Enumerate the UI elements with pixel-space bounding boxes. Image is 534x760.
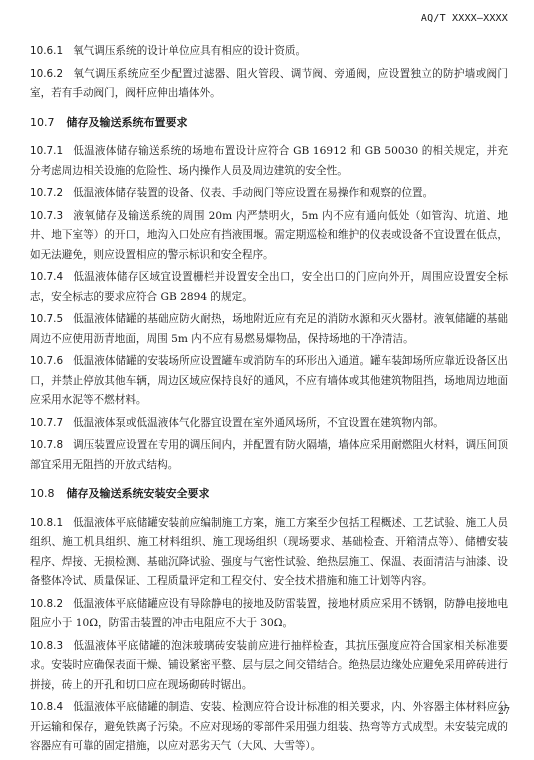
- clause-number: 10.8.2: [30, 598, 63, 610]
- section-number: 10.8: [30, 487, 55, 500]
- clause-10-6-2: 10.6.2氧气调压系统应至少配置过滤器、阻火管段、调节阀、旁通阀，应设置独立的…: [30, 65, 508, 104]
- clause-text: 低温液体储存输送系统的场地布置设计应符合 GB 16912 和 GB 50030…: [30, 145, 508, 177]
- clause-text: 低温液体储存装置的设备、仪表、手动阀门等应设置在易操作和观察的位置。: [73, 187, 433, 199]
- clause-text: 氧气调压系统的设计单位应具有相应的设计资质。: [73, 45, 306, 57]
- clause-10-7-8: 10.7.8调压装置应设置在专用的调压间内，并配置有防火隔墙，墙体应采用耐燃阻火…: [30, 436, 508, 475]
- clause-text: 调压装置应设置在专用的调压间内，并配置有防火隔墙，墙体应采用耐燃阻火材料，调压间…: [30, 439, 508, 471]
- clause-text: 液氧储存及输送系统的周围 20m 内严禁明火，5m 内不应有通向低处（如管沟、坑…: [30, 210, 508, 261]
- document-body: 10.6.1氧气调压系统的设计单位应具有相应的设计资质。 10.6.2氧气调压系…: [30, 42, 508, 760]
- section-heading-10-8: 10.8储存及输送系统安装安全要求: [30, 484, 508, 504]
- clause-number: 10.7.3: [30, 210, 63, 222]
- clause-number: 10.7.1: [30, 145, 63, 157]
- clause-number: 10.7.6: [30, 355, 63, 367]
- clause-text: 低温液体平底储罐应设有导除静电的接地及防雷装置，接地材质应采用不锈钢，防静电接地…: [30, 598, 508, 630]
- clause-10-8-3: 10.8.3低温液体平底储罐的泡沫玻璃砖安装前应进行抽样检查，其抗压强度应符合国…: [30, 637, 508, 696]
- clause-10-8-2: 10.8.2低温液体平底储罐应设有导除静电的接地及防雷装置，接地材质应采用不锈钢…: [30, 595, 508, 634]
- clause-text: 低温液体储罐的基础应防火耐热，场地附近应有充足的消防水源和灭火器材。液氧储罐的基…: [30, 313, 508, 345]
- clause-text: 低温液体平底储罐的制造、安装、检测应符合设计标准的相关要求，内、外容器主体材料应…: [30, 701, 508, 752]
- clause-10-7-2: 10.7.2低温液体储存装置的设备、仪表、手动阀门等应设置在易操作和观察的位置。: [30, 184, 508, 204]
- clause-10-7-7: 10.7.7低温液体泵或低温液体气化器宜设置在室外通风场所，不宜设置在建筑物内部…: [30, 414, 508, 434]
- clause-number: 10.7.5: [30, 313, 63, 325]
- clause-text: 低温液体储罐的安装场所应设置罐车或消防车的环形出入通道。罐车装卸场所应靠近设备区…: [30, 355, 508, 406]
- clause-number: 10.7.7: [30, 417, 63, 429]
- clause-number: 10.6.1: [30, 45, 63, 57]
- clause-text: 氧气调压系统应至少配置过滤器、阻火管段、调节阀、旁通阀，应设置独立的防护墙或阀门…: [30, 68, 508, 100]
- clause-number: 10.7.2: [30, 187, 63, 199]
- clause-number: 10.6.2: [30, 68, 63, 80]
- section-number: 10.7: [30, 116, 55, 129]
- clause-number: 10.8.3: [30, 640, 63, 652]
- clause-number: 10.7.4: [30, 271, 63, 283]
- section-title: 储存及输送系统布置要求: [67, 116, 188, 129]
- clause-text: 低温液体平底储罐安装前应编制施工方案，施工方案至少包括工程概述、工艺试验、施工人…: [30, 517, 508, 588]
- clause-text: 低温液体储存区域宜设置栅栏并设置安全出口，安全出口的门应向外开，周围应设置安全标…: [30, 271, 508, 303]
- clause-10-7-6: 10.7.6低温液体储罐的安装场所应设置罐车或消防车的环形出入通道。罐车装卸场所…: [30, 352, 508, 411]
- section-title: 储存及输送系统安装安全要求: [67, 487, 210, 500]
- clause-10-8-1: 10.8.1低温液体平底储罐安装前应编制施工方案，施工方案至少包括工程概述、工艺…: [30, 514, 508, 592]
- clause-number: 10.7.8: [30, 439, 63, 451]
- clause-number: 10.8.4: [30, 701, 63, 713]
- clause-text: 低温液体泵或低温液体气化器宜设置在室外通风场所，不宜设置在建筑物内部。: [73, 417, 444, 429]
- document-id-header: AQ/T XXXX—XXXX: [421, 13, 508, 24]
- clause-10-8-4: 10.8.4低温液体平底储罐的制造、安装、检测应符合设计标准的相关要求，内、外容…: [30, 698, 508, 757]
- clause-number: 10.8.1: [30, 517, 63, 529]
- clause-10-7-5: 10.7.5低温液体储罐的基础应防火耐热，场地附近应有充足的消防水源和灭火器材。…: [30, 310, 508, 349]
- clause-10-7-3: 10.7.3液氧储存及输送系统的周围 20m 内严禁明火，5m 内不应有通向低处…: [30, 207, 508, 266]
- clause-text: 低温液体平底储罐的泡沫玻璃砖安装前应进行抽样检查，其抗压强度应符合国家相关标准要…: [30, 640, 508, 691]
- section-heading-10-7: 10.7储存及输送系统布置要求: [30, 113, 508, 133]
- page-number: 27: [498, 706, 510, 717]
- clause-10-7-1: 10.7.1低温液体储存输送系统的场地布置设计应符合 GB 16912 和 GB…: [30, 142, 508, 181]
- clause-10-6-1: 10.6.1氧气调压系统的设计单位应具有相应的设计资质。: [30, 42, 508, 62]
- clause-10-7-4: 10.7.4低温液体储存区域宜设置栅栏并设置安全出口，安全出口的门应向外开，周围…: [30, 268, 508, 307]
